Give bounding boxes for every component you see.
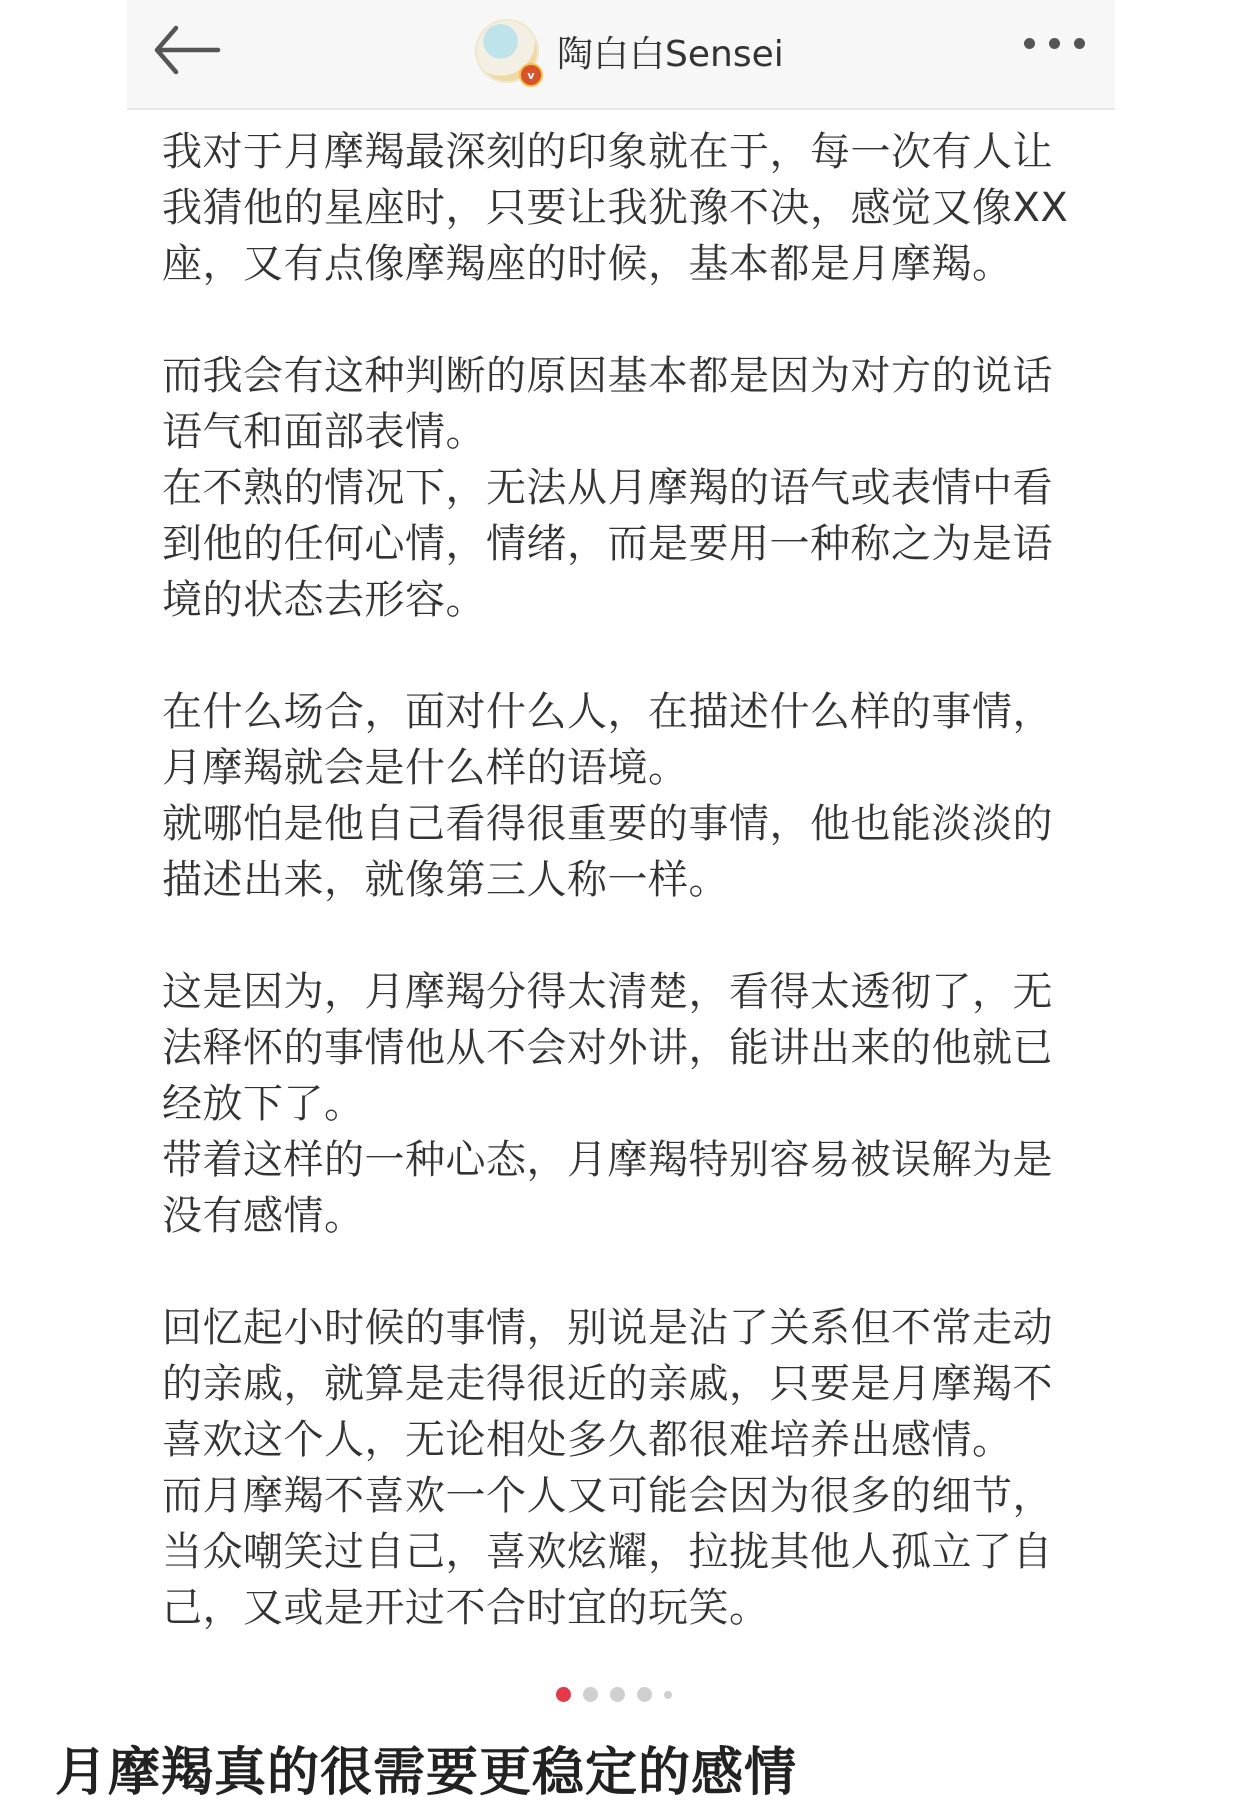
text-line: 的亲戚，就算是走得很近的亲戚，只要是月摩羯不: [162, 1356, 1092, 1412]
more-dots-icon: [1074, 38, 1085, 49]
text-line: 喜欢这个人，无论相处多久都很难培养出感情。: [162, 1412, 1092, 1468]
text-line: 己，又或是开过不合时宜的玩笑。: [162, 1580, 1092, 1636]
text-line: 我猜他的星座时，只要让我犹豫不决，感觉又像XX: [162, 180, 1092, 236]
text-line: 就哪怕是他自己看得很重要的事情，他也能淡淡的: [162, 796, 1092, 852]
text-line: 回忆起小时候的事情，别说是沾了关系但不常走动: [162, 1300, 1092, 1356]
more-dots-icon: [1024, 38, 1035, 49]
text-line: 在什么场合，面对什么人，在描述什么样的事情，: [162, 684, 1092, 740]
text-line: 描述出来，就像第三人称一样。: [162, 852, 1092, 908]
text-line: 而月摩羯不喜欢一个人又可能会因为很多的细节，: [162, 1468, 1092, 1524]
text-line: 座，又有点像摩羯座的时候，基本都是月摩羯。: [162, 236, 1092, 292]
text-line: 我对于月摩羯最深刻的印象就在于，每一次有人让: [162, 124, 1092, 180]
text-line: 经放下了。: [162, 1076, 1092, 1132]
text-line: 当众嘲笑过自己，喜欢炫耀，拉拢其他人孤立了自: [162, 1524, 1092, 1580]
text-line: 到他的任何心情，情绪，而是要用一种称之为是语: [162, 516, 1092, 572]
more-options-button[interactable]: [1024, 38, 1085, 49]
page-dot-3[interactable]: [610, 1687, 625, 1702]
back-button[interactable]: [152, 22, 222, 78]
top-nav-bar: v 陶白白Sensei: [127, 0, 1115, 110]
text-line: 没有感情。: [162, 1188, 1092, 1244]
paragraph: 我对于月摩羯最深刻的印象就在于，每一次有人让 我猜他的星座时，只要让我犹豫不决，…: [162, 124, 1092, 292]
verified-badge-icon: v: [519, 63, 543, 87]
paragraph: 这是因为，月摩羯分得太清楚，看得太透彻了，无 法释怀的事情他从不会对外讲，能讲出…: [162, 964, 1092, 1244]
text-line: 带着这样的一种心态，月摩羯特别容易被误解为是: [162, 1132, 1092, 1188]
text-line: 这是因为，月摩羯分得太清楚，看得太透彻了，无: [162, 964, 1092, 1020]
text-line: 法释怀的事情他从不会对外讲，能讲出来的他就已: [162, 1020, 1092, 1076]
page-dot-2[interactable]: [583, 1687, 598, 1702]
caption-title: 月摩羯真的很需要更稳定的感情: [55, 1742, 797, 1804]
text-line: 语气和面部表情。: [162, 404, 1092, 460]
more-dots-icon: [1049, 38, 1060, 49]
text-line: 在不熟的情况下，无法从月摩羯的语气或表情中看: [162, 460, 1092, 516]
page-dot-1[interactable]: [556, 1687, 571, 1702]
text-line: 而我会有这种判断的原因基本都是因为对方的说话: [162, 348, 1092, 404]
text-line: 境的状态去形容。: [162, 572, 1092, 628]
post-body: 我对于月摩羯最深刻的印象就在于，每一次有人让 我猜他的星座时，只要让我犹豫不决，…: [162, 124, 1092, 1692]
author-name[interactable]: 陶白白Sensei: [557, 26, 784, 77]
avatar[interactable]: v: [475, 19, 539, 83]
paragraph: 在什么场合，面对什么人，在描述什么样的事情， 月摩羯就会是什么样的语境。 就哪怕…: [162, 684, 1092, 908]
arrow-left-icon: [152, 22, 222, 78]
text-line: 月摩羯就会是什么样的语境。: [162, 740, 1092, 796]
author-info[interactable]: v 陶白白Sensei: [475, 18, 784, 84]
page-dot-4[interactable]: [637, 1687, 652, 1702]
paragraph: 而我会有这种判断的原因基本都是因为对方的说话 语气和面部表情。 在不熟的情况下，…: [162, 348, 1092, 628]
carousel-page-indicator: [556, 1687, 672, 1702]
paragraph: 回忆起小时候的事情，别说是沾了关系但不常走动 的亲戚，就算是走得很近的亲戚，只要…: [162, 1300, 1092, 1636]
page-dot-5[interactable]: [664, 1691, 672, 1699]
